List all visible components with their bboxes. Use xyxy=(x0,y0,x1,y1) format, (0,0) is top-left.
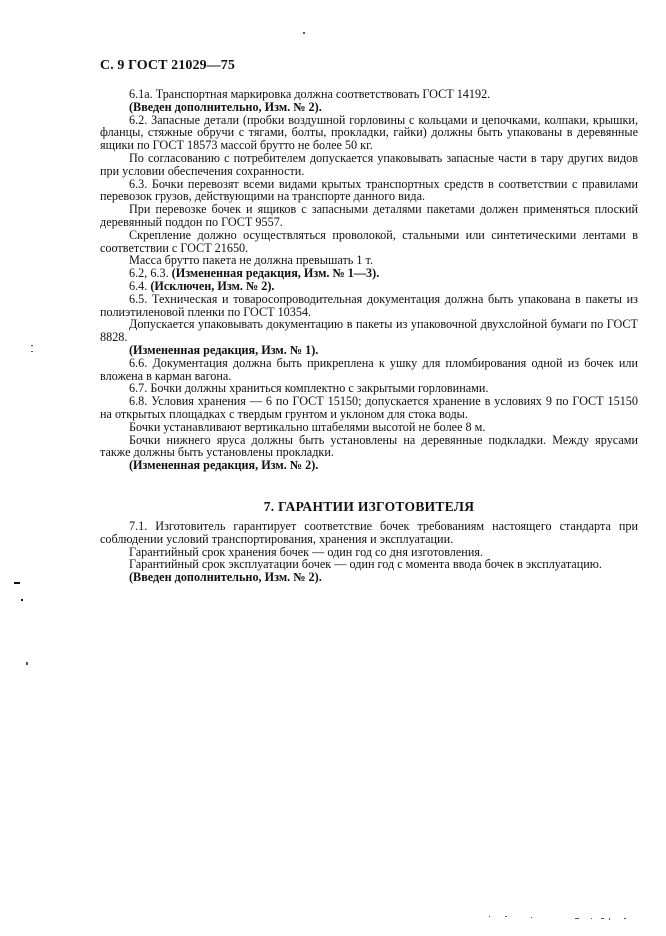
scan-speck xyxy=(489,916,490,917)
scan-speck xyxy=(591,918,592,919)
section-7-title: 7. ГАРАНТИИ ИЗГОТОВИТЕЛЯ xyxy=(100,499,638,515)
paragraph-6-3: 6.3. Бочки перевозят всеми видами крытых… xyxy=(100,178,638,204)
section-7-body: 7.1. Изготовитель гарантирует соответств… xyxy=(100,520,638,584)
clause-ref: 6.4. xyxy=(129,279,150,293)
scan-speck xyxy=(303,32,305,34)
paragraph-6-8: 6.8. Условия хранения — 6 по ГОСТ 15150;… xyxy=(100,395,638,421)
paragraph-6-2: 6.2. Запасные детали (пробки воздушной г… xyxy=(100,114,638,152)
paragraph-6-1a: 6.1а. Транспортная маркировка должна соо… xyxy=(100,88,638,101)
scan-speck xyxy=(14,582,20,584)
section-6-body: 6.1а. Транспортная маркировка должна соо… xyxy=(100,88,638,472)
amendment-text: (Исключен, Изм. № 2). xyxy=(150,279,274,293)
paragraph-7-1: 7.1. Изготовитель гарантирует соответств… xyxy=(100,520,638,546)
amendment-note: (Измененная редакция, Изм. № 1). xyxy=(100,344,638,357)
scan-speck xyxy=(601,918,604,919)
amendment-note: (Введен дополнительно, Изм. № 2). xyxy=(100,101,638,114)
paragraph-6-5-paper: Допускается упаковывать документацию в п… xyxy=(100,318,638,344)
scan-speck xyxy=(26,662,28,665)
scan-speck xyxy=(531,917,532,918)
scan-speck xyxy=(505,916,507,917)
amendment-note: (Измененная редакция, Изм. № 2). xyxy=(100,459,638,472)
paragraph-6-8-stacking: Бочки устанавливают вертикально штабелям… xyxy=(100,421,638,434)
scan-speck xyxy=(575,918,579,919)
paragraph-6-3-pallet: При перевозке бочек и ящиков с запасными… xyxy=(100,203,638,229)
paragraph-6-2-agreement: По согласованию с потребителем допускает… xyxy=(100,152,638,178)
scan-speck xyxy=(21,599,23,601)
scan-speck xyxy=(624,918,626,919)
paragraph-6-4: 6.4. (Исключен, Изм. № 2). xyxy=(100,280,638,293)
scan-speck xyxy=(31,345,33,346)
paragraph-6-8-tiers: Бочки нижнего яруса должны быть установл… xyxy=(100,434,638,460)
scan-speck xyxy=(31,351,33,352)
amendment-note: (Введен дополнительно, Изм. № 2). xyxy=(100,571,638,584)
paragraph-6-6: 6.6. Документация должна быть прикреплен… xyxy=(100,357,638,383)
paragraph-6-5: 6.5. Техническая и товаросопроводительна… xyxy=(100,293,638,319)
page-header: С. 9 ГОСТ 21029—75 xyxy=(100,58,235,74)
paragraph-6-3-fastening: Скрепление должно осуществляться проволо… xyxy=(100,229,638,255)
scan-speck xyxy=(609,918,610,920)
